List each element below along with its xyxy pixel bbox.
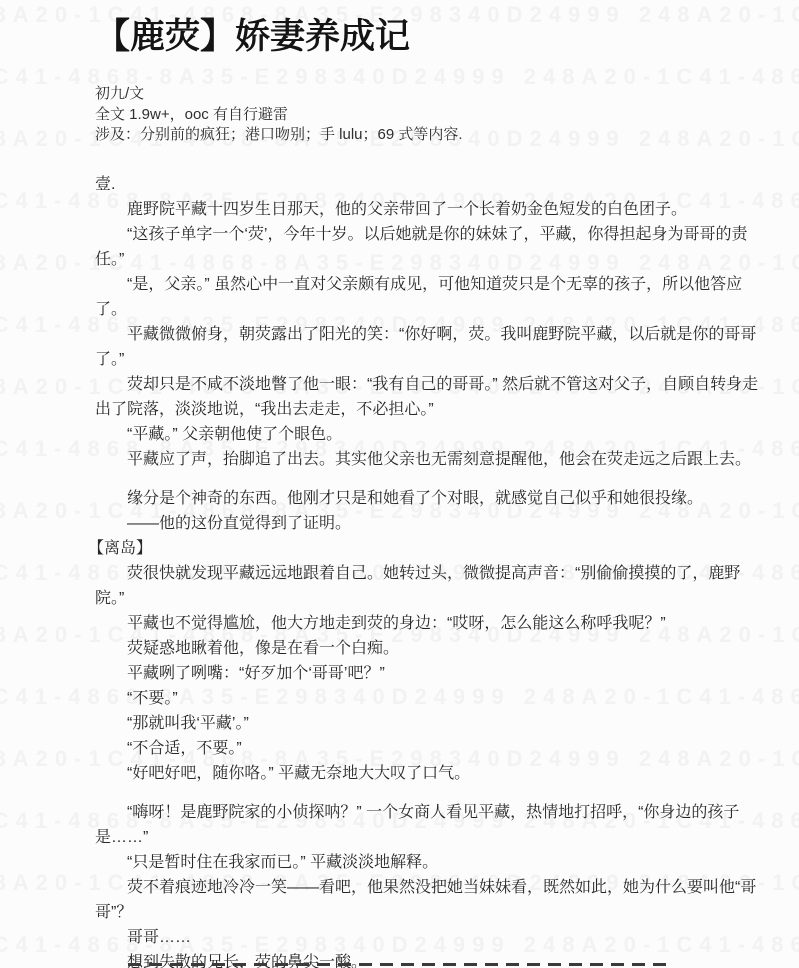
article-meta: 初九/文 全文 1.9w+，ooc 有自行避雷 涉及：分别前的疯狂；港口吻别；手…	[95, 84, 763, 146]
paragraph: 缘分是个神奇的东西。他刚才只是和她看了个对眼，就感觉自己似乎和她很投缘。	[95, 486, 763, 511]
paragraph: “平藏。” 父亲朝他使了个眼色。	[95, 422, 763, 447]
section-label: 【离岛】	[88, 536, 763, 561]
paragraph: 荧却只是不咸不淡地瞥了他一眼：“我有自己的哥哥。” 然后就不管这对父子，自顾自转…	[95, 372, 763, 422]
meta-author: 初九/文	[95, 84, 763, 105]
paragraph: “好吧好吧，随你咯。” 平藏无奈地大大叹了口气。	[95, 761, 763, 786]
page-title: 【鹿荧】娇妻养成记	[95, 16, 763, 57]
paragraph: “嗨呀！是鹿野院家的小侦探呐？” 一个女商人看见平藏，热情地打招呼，“你身边的孩…	[95, 800, 763, 850]
meta-content-note: 涉及：分别前的疯狂；港口吻别；手 lulu；69 式等内容.	[95, 125, 763, 146]
paragraph: 平藏咧了咧嘴：“好歹加个‘哥哥’吧？”	[95, 661, 763, 686]
meta-length-note: 全文 1.9w+，ooc 有自行避雷	[95, 105, 763, 126]
paragraph: 平藏也不觉得尴尬，他大方地走到荧的身边：“哎呀，怎么能这么称呼我呢？”	[95, 611, 763, 636]
paragraph: “这孩子单字一个‘荧’，今年十岁。以后她就是你的妹妹了，平藏，你得担起身为哥哥的…	[95, 222, 763, 272]
paragraph: 哥哥……	[95, 925, 763, 950]
paragraph: 荧很快就发现平藏远远地跟着自己。她转过头，微微提高声音：“别偷偷摸摸的了，鹿野院…	[95, 561, 763, 611]
section-number: 壹.	[95, 172, 763, 197]
paragraph-spacer	[95, 472, 763, 486]
clipped-next-line	[128, 963, 668, 966]
paragraph: ——他的这份直觉得到了证明。	[95, 511, 763, 536]
paragraph: “不要。”	[95, 686, 763, 711]
paragraph: “是，父亲。” 虽然心中一直对父亲颇有成见，可他知道荧只是个无辜的孩子，所以他答…	[95, 272, 763, 322]
paragraph: 鹿野院平藏十四岁生日那天，他的父亲带回了一个长着奶金色短发的白色团子。	[95, 197, 763, 222]
paragraph: 平藏微微俯身，朝荧露出了阳光的笑：“你好啊，荧。我叫鹿野院平藏，以后就是你的哥哥…	[95, 322, 763, 372]
paragraph: 荧疑惑地瞅着他，像是在看一个白痴。	[95, 636, 763, 661]
paragraph: “那就叫我‘平藏’。”	[95, 711, 763, 736]
paragraph: “不合适，不要。”	[95, 736, 763, 761]
paragraph: 平藏应了声，抬脚追了出去。其实他父亲也无需刻意提醒他，他会在荧走远之后跟上去。	[95, 447, 763, 472]
paragraph-spacer	[95, 786, 763, 800]
paragraph: “只是暂时住在我家而已。” 平藏淡淡地解释。	[95, 850, 763, 875]
article-body: 壹.鹿野院平藏十四岁生日那天，他的父亲带回了一个长着奶金色短发的白色团子。“这孩…	[95, 172, 763, 968]
document-page: 248A20-1C41-4868-8A35-E298340D24999 248A…	[0, 0, 799, 968]
paragraph: 荧不着痕迹地冷冷一笑——看吧，他果然没把她当妹妹看，既然如此，她为什么要叫他“哥…	[95, 875, 763, 925]
article-content: 【鹿荧】娇妻养成记 初九/文 全文 1.9w+，ooc 有自行避雷 涉及：分别前…	[95, 0, 763, 968]
